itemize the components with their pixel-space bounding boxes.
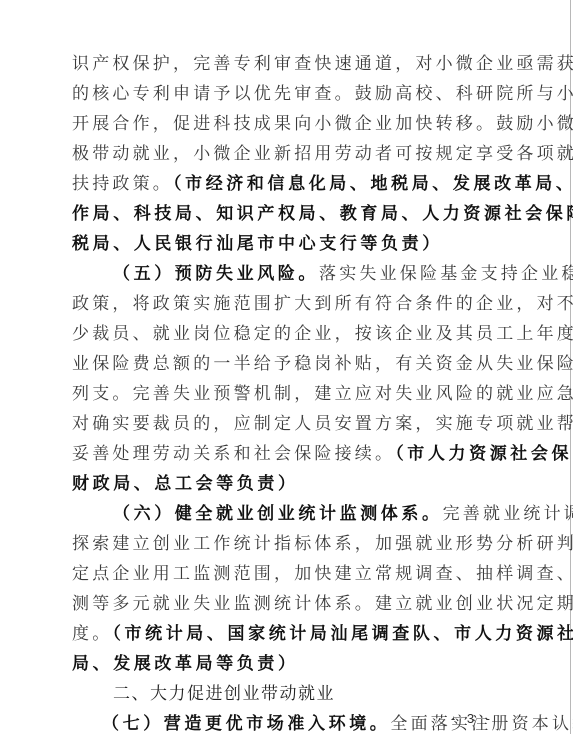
text-span: 对确实要裁员的，应制定人员安置方案，实施专项就业帮扶行动， — [72, 414, 573, 434]
text-span: 定点企业用工监测范围，加快建立常规调查、抽样调查、定点监 — [72, 564, 573, 584]
body-line-11: 业保险费总额的一半给予稳岗补贴，有关资金从失业保险基金中 — [72, 349, 502, 379]
page-number: - 3 - — [451, 711, 494, 726]
text-span: 政策，将政策实施范围扩大到所有符合条件的企业，对不裁员、 — [72, 294, 573, 314]
body-line-2: 的核心专利申请予以优先审查。鼓励高校、科研院所与小微企业 — [72, 79, 502, 109]
text-span: 业保险费总额的一半给予稳岗补贴，有关资金从失业保险基金中 — [72, 354, 573, 374]
body-line-21: 局、发展改革局等负责） — [72, 649, 502, 679]
section-6-title: （六）健全就业创业统计监测体系。 — [113, 504, 443, 524]
responsible-departments: （市经济和信息化局、地税局、发展改革局、金融工 — [173, 174, 573, 194]
responsible-departments: （市人力资源社会保障局、 — [395, 444, 573, 464]
body-line-7: 税局、人民银行汕尾市中心支行等负责） — [72, 229, 502, 259]
chapter-2-title: 二、大力促进创业带动就业 — [113, 684, 335, 704]
responsible-departments: 局、发展改革局等负责） — [72, 654, 299, 674]
document-page: 识产权保护，完善专利审查快速通道，对小微企业亟需获得授权 的核心专利申请予以优先… — [0, 0, 571, 734]
text-span: 完善就业统计调查方法， — [443, 504, 573, 524]
section-5-heading-line: （五）预防失业风险。落实失业保险基金支持企业稳定岗位 — [72, 259, 502, 289]
text-span: 少裁员、就业岗位稳定的企业，按该企业及其员工上年度缴纳失 — [72, 324, 573, 344]
body-line-4: 极带动就业，小微企业新招用劳动者可按规定享受各项就业创业 — [72, 139, 502, 169]
text-span: 的核心专利申请予以优先审查。鼓励高校、科研院所与小微企业 — [72, 84, 573, 104]
text-span: 开展合作，促进科技成果向小微企业加快转移。鼓励小微企业积 — [72, 114, 573, 134]
body-line-1: 识产权保护，完善专利审查快速通道，对小微企业亟需获得授权 — [72, 49, 502, 79]
body-line-9: 政策，将政策实施范围扩大到所有符合条件的企业，对不裁员、 — [72, 289, 502, 319]
body-line-10: 少裁员、就业岗位稳定的企业，按该企业及其员工上年度缴纳失 — [72, 319, 502, 349]
responsible-departments: 财政局、总工会等负责） — [72, 474, 299, 494]
document-body: 识产权保护，完善专利审查快速通道，对小微企业亟需获得授权 的核心专利申请予以优先… — [72, 49, 502, 734]
section-5-title: （五）预防失业风险。 — [113, 264, 319, 284]
body-line-3: 开展合作，促进科技成果向小微企业加快转移。鼓励小微企业积 — [72, 109, 502, 139]
text-span: 落实失业保险基金支持企业稳定岗位 — [319, 264, 573, 284]
text-span: 识产权保护，完善专利审查快速通道，对小微企业亟需获得授权 — [72, 54, 573, 74]
body-line-20: 度。（市统计局、国家统计局汕尾调查队、市人力资源社会保障 — [72, 619, 502, 649]
body-line-14: 妥善处理劳动关系和社会保险接续。（市人力资源社会保障局、 — [72, 439, 502, 469]
section-7-heading-line: （七）营造更优市场准入环境。全面落实注册资本认缴登记 — [72, 709, 502, 734]
text-span: 测等多元就业失业监测统计体系。建立就业创业状况定期发布制 — [72, 594, 573, 614]
body-line-17: 探索建立创业工作统计指标体系，加强就业形势分析研判。扩大 — [72, 529, 502, 559]
responsible-departments: 税局、人民银行汕尾市中心支行等负责） — [72, 234, 443, 254]
body-line-13: 对确实要裁员的，应制定人员安置方案，实施专项就业帮扶行动， — [72, 409, 502, 439]
text-span: 列支。完善失业预警机制，建立应对失业风险的就业应急预案， — [72, 384, 573, 404]
text-span: 妥善处理劳动关系和社会保险接续。 — [72, 444, 395, 464]
body-line-6: 作局、科技局、知识产权局、教育局、人力资源社会保障局、国 — [72, 199, 502, 229]
text-span: 扶持政策。 — [72, 174, 173, 194]
body-line-19: 测等多元就业失业监测统计体系。建立就业创业状况定期发布制 — [72, 589, 502, 619]
chapter-2-heading-line: 二、大力促进创业带动就业 — [72, 679, 502, 709]
responsible-departments: （市统计局、国家统计局汕尾调查队、市人力资源社会保障 — [112, 624, 573, 644]
text-span: 极带动就业，小微企业新招用劳动者可按规定享受各项就业创业 — [72, 144, 573, 164]
body-line-12: 列支。完善失业预警机制，建立应对失业风险的就业应急预案， — [72, 379, 502, 409]
body-line-18: 定点企业用工监测范围，加快建立常规调查、抽样调查、定点监 — [72, 559, 502, 589]
responsible-departments: 作局、科技局、知识产权局、教育局、人力资源社会保障局、国 — [72, 204, 573, 224]
body-line-5: 扶持政策。（市经济和信息化局、地税局、发展改革局、金融工 — [72, 169, 502, 199]
body-line-15: 财政局、总工会等负责） — [72, 469, 502, 499]
text-span: 探索建立创业工作统计指标体系，加强就业形势分析研判。扩大 — [72, 534, 573, 554]
text-span: 度。 — [72, 624, 112, 644]
section-7-title: （七）营造更优市场准入环境。 — [102, 714, 390, 734]
section-6-heading-line: （六）健全就业创业统计监测体系。完善就业统计调查方法， — [72, 499, 502, 529]
